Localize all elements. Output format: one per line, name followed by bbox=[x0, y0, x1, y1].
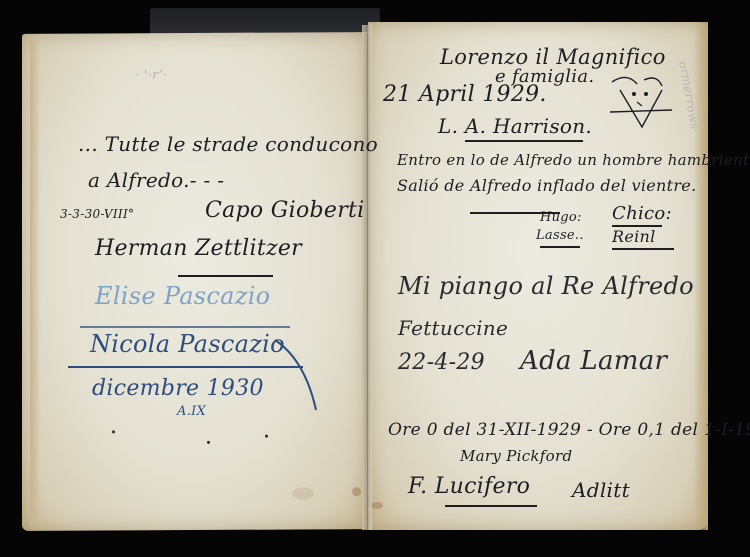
fettuccine: Fettuccine bbox=[398, 316, 508, 340]
underline bbox=[178, 275, 273, 277]
verse-line-2: Salió de Alfredo inflado del vientre. bbox=[397, 176, 696, 195]
book-gutter bbox=[362, 25, 372, 530]
signature-lasse: Lasse.. bbox=[536, 228, 584, 243]
quote-line-1: ... Tutte le strade conducono bbox=[78, 132, 378, 156]
verse-line-1: Entro en lo de Alfredo un hombre hambrie… bbox=[397, 151, 750, 169]
ink-dot bbox=[265, 435, 268, 438]
underline bbox=[465, 140, 583, 142]
signature-hugo: Hugo: bbox=[540, 210, 582, 225]
line-re-alfredo: Mi piango al Re Alfredo bbox=[398, 272, 694, 300]
faint-marks: · '·rʼ· bbox=[135, 68, 168, 83]
date-april-22: 22-4-29 bbox=[398, 350, 485, 375]
signature-mary-pickford: Mary Pickford bbox=[460, 447, 572, 465]
signature-ada-lamar: Ada Lamar bbox=[520, 346, 667, 376]
signature-capo: Capo Gioberti bbox=[205, 198, 365, 223]
underline bbox=[80, 326, 290, 328]
underline bbox=[612, 248, 674, 250]
signature-nicola: Nicola Pascazio bbox=[90, 330, 285, 358]
underline bbox=[540, 246, 580, 248]
signature-adlitt: Adlitt bbox=[572, 478, 630, 502]
book-cover-edge bbox=[150, 8, 380, 34]
date-december: dicembre 1930 bbox=[92, 376, 264, 401]
ink-dot bbox=[207, 441, 210, 444]
signature-reinl: Reinl bbox=[612, 227, 656, 246]
signature-harrison: L. A. Harrison. bbox=[438, 114, 592, 138]
underline bbox=[68, 366, 303, 368]
signature-elise: Elise Pascazio bbox=[95, 282, 270, 310]
quote-line-2: a Alfredo.- - - bbox=[88, 168, 224, 192]
underline bbox=[445, 505, 537, 507]
guestbook-photo: · '·rʼ· ... Tutte le strade conducono a … bbox=[0, 0, 750, 557]
ink-dot bbox=[112, 430, 115, 433]
era-mark: A.IX bbox=[177, 404, 206, 419]
face-sketch-drawing bbox=[602, 72, 677, 132]
signature-chico: Chico: bbox=[612, 203, 672, 224]
new-year-line: Ore 0 del 31-XII-1929 - Ore 0,1 del 1-I-… bbox=[388, 420, 750, 440]
signature-herman: Herman Zettlitzer bbox=[95, 236, 302, 261]
signature-f-lucifero: F. Lucifero bbox=[408, 474, 530, 499]
date-april: 21 April 1929. bbox=[383, 82, 547, 107]
left-date: 3-3-30-VIII° bbox=[60, 207, 134, 221]
stain bbox=[292, 487, 314, 499]
flourish-stroke bbox=[270, 335, 330, 415]
stain bbox=[352, 487, 361, 496]
stain bbox=[371, 502, 383, 509]
